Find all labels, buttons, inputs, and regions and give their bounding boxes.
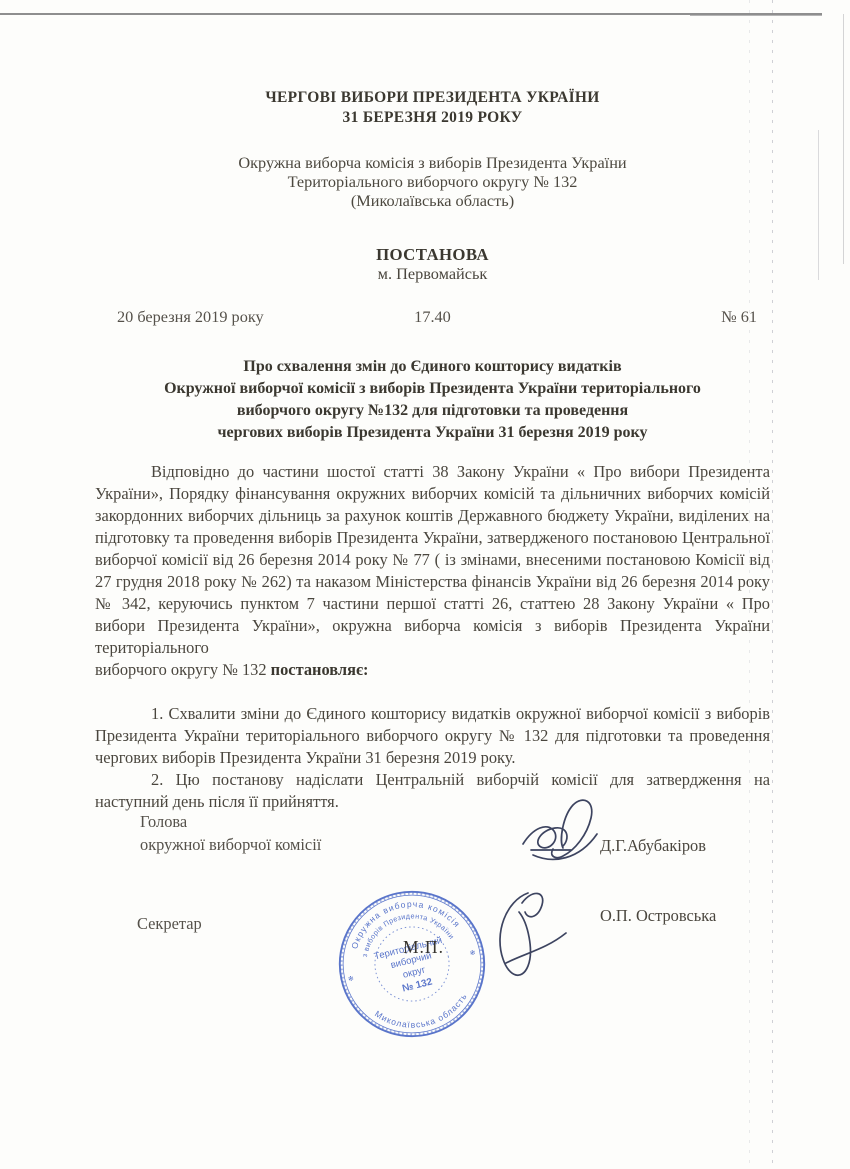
document-content: ЧЕРГОВІ ВИБОРИ ПРЕЗИДЕНТА УКРАЇНИ 31 БЕР…	[95, 0, 770, 813]
official-seal-stamp: Окружна виборча комісія Миколаївська обл…	[336, 888, 488, 1040]
scan-artifact-fold-line	[772, 0, 773, 1169]
preamble-paragraph: Відповідно до частини шостої статті 38 З…	[95, 461, 770, 659]
resolve-line: виборчого округу № 132 постановляє:	[95, 659, 770, 681]
document-type-block: ПОСТАНОВА м. Первомайськ	[95, 246, 770, 284]
title-line3: виборчого округу №132 для підготовки та …	[95, 400, 770, 422]
document-body: Відповідно до частини шостої статті 38 З…	[95, 461, 770, 813]
scan-artifact-right-line	[818, 130, 819, 280]
seal-star-right: ✻	[469, 948, 477, 957]
commission-line1: Окружна виборча комісія з виборів Презид…	[95, 153, 770, 172]
secretary-signature-ink	[488, 883, 583, 995]
document-time: 17.40	[414, 306, 451, 327]
secretary-name: О.П. Островська	[600, 906, 716, 926]
title-line4: чергових виборів Президента України 31 б…	[95, 422, 770, 444]
election-header-line1: ЧЕРГОВІ ВИБОРИ ПРЕЗИДЕНТА УКРАЇНИ	[95, 88, 770, 108]
document-title: Про схвалення змін до Єдиного кошторису …	[95, 356, 770, 444]
title-line2: Окружної виборчої комісії з виборів През…	[95, 378, 770, 400]
document-date: 20 березня 2019 року	[95, 306, 414, 327]
chairman-role-label: Голова окружної виборчої комісії	[140, 810, 321, 856]
scan-artifact-right-edge	[843, 14, 844, 264]
chairman-role-line2: окружної виборчої комісії	[140, 833, 321, 856]
election-header: ЧЕРГОВІ ВИБОРИ ПРЕЗИДЕНТА УКРАЇНИ 31 БЕР…	[95, 88, 770, 128]
document-number: № 61	[451, 306, 770, 327]
commission-header: Окружна виборча комісія з виборів Презид…	[95, 153, 770, 210]
resolution-item-1: 1. Схвалити зміни до Єдиного кошторису в…	[95, 703, 770, 769]
chairman-role-line1: Голова	[140, 810, 321, 833]
seal-place-mark: М.П.	[403, 937, 444, 958]
seal-stamp-graphic: Окружна виборча комісія Миколаївська обл…	[336, 888, 488, 1040]
resolve-prefix: виборчого округу № 132	[95, 660, 271, 679]
resolution-item-2: 2. Цю постанову надіслати Центральній ви…	[95, 769, 770, 813]
document-city: м. Первомайськ	[95, 263, 770, 284]
commission-line3: (Миколаївська область)	[95, 191, 770, 210]
chairman-name: Д.Г.Абубакіров	[600, 836, 706, 856]
commission-line2: Територіального виборчого округу № 132	[95, 172, 770, 191]
seal-star-left: ✻	[347, 974, 355, 983]
election-header-line2: 31 БЕРЕЗНЯ 2019 РОКУ	[95, 108, 770, 128]
document-type: ПОСТАНОВА	[95, 246, 770, 263]
meta-row: 20 березня 2019 року 17.40 № 61	[95, 306, 770, 327]
resolve-word: постановляє:	[271, 660, 369, 679]
scanned-document-page: ЧЕРГОВІ ВИБОРИ ПРЕЗИДЕНТА УКРАЇНИ 31 БЕР…	[0, 0, 850, 1169]
secretary-role-label: Секретар	[137, 912, 202, 935]
title-line1: Про схвалення змін до Єдиного кошторису …	[95, 356, 770, 378]
